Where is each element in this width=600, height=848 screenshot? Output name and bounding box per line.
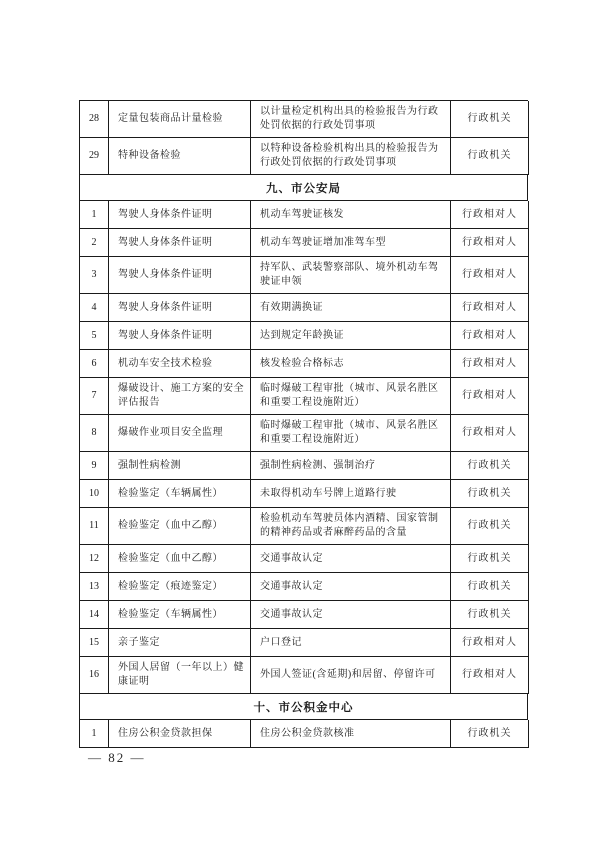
table-row: 6机动车安全技术检验核发检验合格标志行政相对人 [80, 350, 528, 378]
row-number-cell: 8 [80, 415, 109, 452]
row-number-cell: 29 [80, 138, 109, 175]
item-name-cell: 驾驶人身体条件证明 [109, 201, 251, 229]
table-row: 5驾驶人身体条件证明达到规定年龄换证行政相对人 [80, 322, 528, 350]
table-row: 7爆破设计、施工方案的安全评估报告临时爆破工程审批（城市、风景名胜区和重要工程设… [80, 378, 528, 415]
table-row: 1住房公积金贷款担保住房公积金贷款核准行政机关 [80, 720, 528, 748]
item-description-cell: 检验机动车驾驶员体内酒精、国家管制的精神药品或者麻醉药品的含量 [251, 508, 451, 545]
item-name-cell: 驾驶人身体条件证明 [109, 257, 251, 294]
category-cell: 行政机关 [451, 138, 529, 175]
category-cell: 行政机关 [451, 508, 529, 545]
row-number-cell: 15 [80, 629, 109, 657]
table-row: 8爆破作业项目安全监理临时爆破工程审批（城市、风景名胜区和重要工程设施附近）行政… [80, 415, 528, 452]
table-row: 9强制性病检测强制性病检测、强制治疗行政机关 [80, 452, 528, 480]
item-description-cell: 交通事故认定 [251, 545, 451, 573]
item-description-cell: 核发检验合格标志 [251, 350, 451, 378]
item-name-cell: 爆破作业项目安全监理 [109, 415, 251, 452]
table-row: 15亲子鉴定户口登记行政相对人 [80, 629, 528, 657]
category-cell: 行政机关 [451, 601, 529, 629]
approval-items-table: 28定量包装商品计量检验以计量检定机构出具的检验报告为行政处罚依据的行政处罚事项… [79, 100, 528, 748]
category-cell: 行政相对人 [451, 294, 529, 322]
row-number-cell: 1 [80, 720, 109, 748]
category-cell: 行政相对人 [451, 415, 529, 452]
category-cell: 行政相对人 [451, 322, 529, 350]
item-description-cell: 交通事故认定 [251, 573, 451, 601]
category-cell: 行政机关 [451, 101, 529, 138]
item-description-cell: 达到规定年龄换证 [251, 322, 451, 350]
item-name-cell: 定量包装商品计量检验 [109, 101, 251, 138]
item-description-cell: 机动车驾驶证核发 [251, 201, 451, 229]
table-row: 28定量包装商品计量检验以计量检定机构出具的检验报告为行政处罚依据的行政处罚事项… [80, 101, 528, 138]
row-number-cell: 10 [80, 480, 109, 508]
category-cell: 行政机关 [451, 573, 529, 601]
category-cell: 行政机关 [451, 452, 529, 480]
item-name-cell: 强制性病检测 [109, 452, 251, 480]
category-cell: 行政相对人 [451, 657, 529, 694]
item-name-cell: 机动车安全技术检验 [109, 350, 251, 378]
table-row: 16外国人居留（一年以上）健康证明外国人签证(含延期)和居留、停留许可行政相对人 [80, 657, 528, 694]
document-page: 28定量包装商品计量检验以计量检定机构出具的检验报告为行政处罚依据的行政处罚事项… [0, 0, 600, 848]
row-number-cell: 11 [80, 508, 109, 545]
row-number-cell: 28 [80, 101, 109, 138]
category-cell: 行政相对人 [451, 257, 529, 294]
item-name-cell: 驾驶人身体条件证明 [109, 294, 251, 322]
item-name-cell: 爆破设计、施工方案的安全评估报告 [109, 378, 251, 415]
row-number-cell: 1 [80, 201, 109, 229]
item-name-cell: 特种设备检验 [109, 138, 251, 175]
category-cell: 行政相对人 [451, 378, 529, 415]
item-name-cell: 检验鉴定（痕迹鉴定） [109, 573, 251, 601]
item-name-cell: 亲子鉴定 [109, 629, 251, 657]
row-number-cell: 16 [80, 657, 109, 694]
table-row: 11检验鉴定（血中乙醇）检验机动车驾驶员体内酒精、国家管制的精神药品或者麻醉药品… [80, 508, 528, 545]
item-name-cell: 驾驶人身体条件证明 [109, 229, 251, 257]
row-number-cell: 14 [80, 601, 109, 629]
table-row: 1驾驶人身体条件证明机动车驾驶证核发行政相对人 [80, 201, 528, 229]
item-description-cell: 住房公积金贷款核准 [251, 720, 451, 748]
section-header: 十、市公积金中心 [80, 694, 528, 720]
item-name-cell: 检验鉴定（车辆属性） [109, 601, 251, 629]
category-cell: 行政机关 [451, 480, 529, 508]
item-name-cell: 驾驶人身体条件证明 [109, 322, 251, 350]
row-number-cell: 7 [80, 378, 109, 415]
item-description-cell: 未取得机动车号牌上道路行驶 [251, 480, 451, 508]
item-description-cell: 临时爆破工程审批（城市、风景名胜区和重要工程设施附近） [251, 415, 451, 452]
item-name-cell: 检验鉴定（血中乙醇） [109, 545, 251, 573]
page-number: — 82 — [88, 750, 146, 766]
category-cell: 行政机关 [451, 720, 529, 748]
item-description-cell: 户口登记 [251, 629, 451, 657]
item-description-cell: 临时爆破工程审批（城市、风景名胜区和重要工程设施附近） [251, 378, 451, 415]
item-description-cell: 机动车驾驶证增加准驾车型 [251, 229, 451, 257]
item-description-cell: 有效期满换证 [251, 294, 451, 322]
table-row: 13检验鉴定（痕迹鉴定）交通事故认定行政机关 [80, 573, 528, 601]
category-cell: 行政相对人 [451, 350, 529, 378]
item-name-cell: 外国人居留（一年以上）健康证明 [109, 657, 251, 694]
category-cell: 行政相对人 [451, 201, 529, 229]
item-description-cell: 强制性病检测、强制治疗 [251, 452, 451, 480]
item-name-cell: 检验鉴定（车辆属性） [109, 480, 251, 508]
table-row: 2驾驶人身体条件证明机动车驾驶证增加准驾车型行政相对人 [80, 229, 528, 257]
item-name-cell: 住房公积金贷款担保 [109, 720, 251, 748]
row-number-cell: 5 [80, 322, 109, 350]
item-description-cell: 交通事故认定 [251, 601, 451, 629]
item-description-cell: 持军队、武装警察部队、境外机动车驾驶证申领 [251, 257, 451, 294]
row-number-cell: 13 [80, 573, 109, 601]
table-row: 14检验鉴定（车辆属性）交通事故认定行政机关 [80, 601, 528, 629]
section-header: 九、市公安局 [80, 175, 528, 201]
category-cell: 行政相对人 [451, 629, 529, 657]
row-number-cell: 3 [80, 257, 109, 294]
row-number-cell: 2 [80, 229, 109, 257]
item-description-cell: 外国人签证(含延期)和居留、停留许可 [251, 657, 451, 694]
row-number-cell: 4 [80, 294, 109, 322]
row-number-cell: 6 [80, 350, 109, 378]
table-row: 10检验鉴定（车辆属性）未取得机动车号牌上道路行驶行政机关 [80, 480, 528, 508]
category-cell: 行政相对人 [451, 229, 529, 257]
row-number-cell: 9 [80, 452, 109, 480]
table-row: 4驾驶人身体条件证明有效期满换证行政相对人 [80, 294, 528, 322]
row-number-cell: 12 [80, 545, 109, 573]
table-row: 3驾驶人身体条件证明持军队、武装警察部队、境外机动车驾驶证申领行政相对人 [80, 257, 528, 294]
table-row: 12检验鉴定（血中乙醇）交通事故认定行政机关 [80, 545, 528, 573]
item-name-cell: 检验鉴定（血中乙醇） [109, 508, 251, 545]
item-description-cell: 以计量检定机构出具的检验报告为行政处罚依据的行政处罚事项 [251, 101, 451, 138]
item-description-cell: 以特种设备检验机构出具的检验报告为行政处罚依据的行政处罚事项 [251, 138, 451, 175]
table-row: 29特种设备检验以特种设备检验机构出具的检验报告为行政处罚依据的行政处罚事项行政… [80, 138, 528, 175]
category-cell: 行政机关 [451, 545, 529, 573]
